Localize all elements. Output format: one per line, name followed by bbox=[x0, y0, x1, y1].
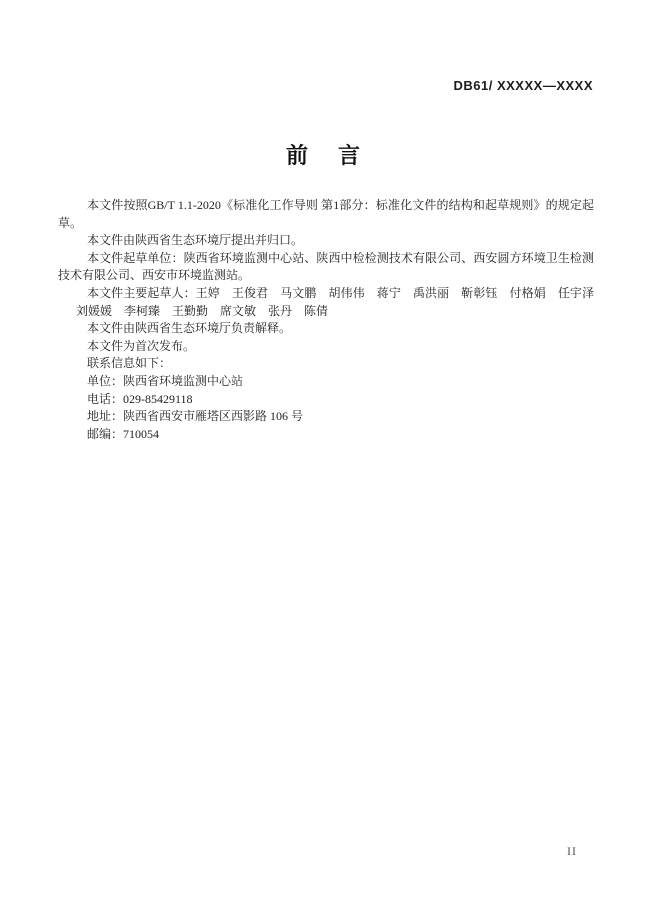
standard-code: DB61/ XXXXX—XXXX bbox=[454, 78, 594, 93]
page-title: 前 言 bbox=[0, 139, 650, 170]
paragraph-interpreted-by: 本文件由陕西省生态环境厅负责解释。 bbox=[58, 320, 594, 338]
contact-postcode: 邮编：710054 bbox=[58, 426, 594, 444]
document-body: 本文件按照GB/T 1.1-2020《标准化工作导则 第1部分：标准化文件的结构… bbox=[58, 197, 594, 443]
contact-address: 地址：陕西省西安市雁塔区西影路 106 号 bbox=[58, 408, 594, 426]
paragraph-drafting-basis: 本文件按照GB/T 1.1-2020《标准化工作导则 第1部分：标准化文件的结构… bbox=[58, 197, 594, 232]
page-number: II bbox=[560, 844, 584, 859]
contact-organization: 单位：陕西省环境监测中心站 bbox=[58, 373, 594, 391]
paragraph-main-drafters: 本文件主要起草人：王婷 王俊君 马文鹏 胡伟伟 蒋宁 禹洪丽 靳彰钰 付格娟 任… bbox=[58, 285, 594, 320]
paragraph-contact-intro: 联系信息如下： bbox=[58, 355, 594, 373]
paragraph-first-issue: 本文件为首次发布。 bbox=[58, 338, 594, 356]
paragraph-proposed-by: 本文件由陕西省生态环境厅提出并归口。 bbox=[58, 232, 594, 250]
paragraph-drafting-organizations: 本文件起草单位：陕西省环境监测中心站、陕西中检检测技术有限公司、西安圆方环境卫生… bbox=[58, 250, 594, 285]
document-page: DB61/ XXXXX—XXXX 前 言 本文件按照GB/T 1.1-2020《… bbox=[0, 0, 650, 919]
contact-phone: 电话：029-85429118 bbox=[58, 391, 594, 409]
